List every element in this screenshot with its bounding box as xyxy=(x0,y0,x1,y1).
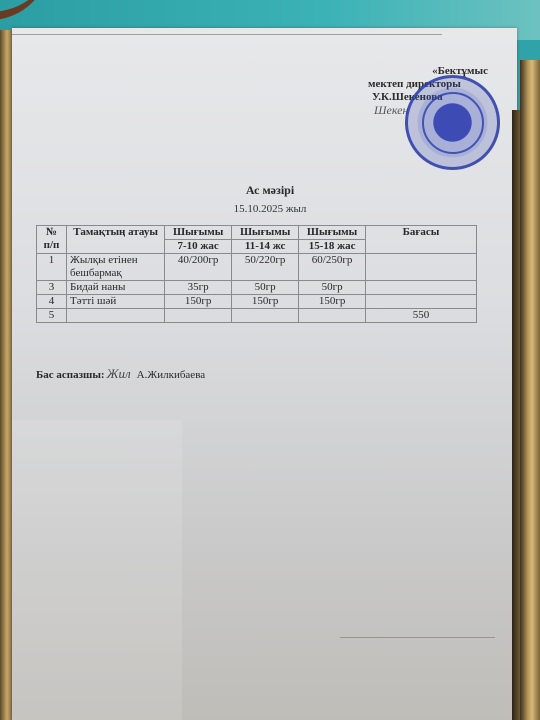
row-qty-2: 50гр xyxy=(232,281,299,295)
header-num: № п/п xyxy=(37,226,67,254)
chef-name: А.Жилкибаева xyxy=(137,369,205,381)
header-name: Тамақтың атауы xyxy=(67,226,165,254)
table-row: 5 550 xyxy=(37,309,477,323)
frame-right-inner xyxy=(512,110,520,720)
row-price xyxy=(366,254,477,281)
chef-signature-line: Бас аспазшы:ЖилА.Жилкибаева xyxy=(36,366,205,382)
menu-table: № п/п Тамақтың атауы Шығымы Шығымы Шығым… xyxy=(36,225,477,323)
stamp-inner-ring xyxy=(422,92,484,154)
row-name: Бидай наны xyxy=(67,281,165,295)
table-header-row: № п/п Тамақтың атауы Шығымы Шығымы Шығым… xyxy=(37,226,477,240)
row-num: 5 xyxy=(37,309,67,323)
row-name: Жылқы етінен бешбармақ xyxy=(67,254,165,281)
sleeve-edge xyxy=(12,34,442,35)
document-date: 15.10.2025 жыл xyxy=(0,203,540,215)
chef-signature: Жил xyxy=(107,366,131,381)
table-row: 4 Тәтті шәй 150гр 150гр 150гр xyxy=(37,295,477,309)
header-age-2: 11-14 жс xyxy=(232,240,299,254)
header-qty-3: Шығымы xyxy=(299,226,366,240)
row-qty-3: 50гр xyxy=(299,281,366,295)
row-price xyxy=(366,295,477,309)
faint-mark xyxy=(340,637,495,638)
row-name: Тәтті шәй xyxy=(67,295,165,309)
row-price xyxy=(366,281,477,295)
row-num: 1 xyxy=(37,254,67,281)
row-qty-1: 150гр xyxy=(165,295,232,309)
document-title: Ас мәзірі xyxy=(0,183,540,198)
header-age-3: 15-18 жас xyxy=(299,240,366,254)
row-qty-1 xyxy=(165,309,232,323)
light-glare xyxy=(12,420,182,720)
row-price: 550 xyxy=(366,309,477,323)
row-qty-1: 40/200гр xyxy=(165,254,232,281)
chef-label: Бас аспазшы: xyxy=(36,369,105,381)
header-age-1: 7-10 жас xyxy=(165,240,232,254)
row-num: 4 xyxy=(37,295,67,309)
row-name xyxy=(67,309,165,323)
approval-school: «Бектұмыс xyxy=(362,65,492,78)
header-qty-1: Шығымы xyxy=(165,226,232,240)
row-qty-2: 50/220гр xyxy=(232,254,299,281)
header-qty-2: Шығымы xyxy=(232,226,299,240)
row-qty-3 xyxy=(299,309,366,323)
row-num: 3 xyxy=(37,281,67,295)
row-qty-2: 150гр xyxy=(232,295,299,309)
official-stamp-icon xyxy=(405,75,500,170)
header-price: Бағасы xyxy=(366,226,477,254)
table-row: 1 Жылқы етінен бешбармақ 40/200гр 50/220… xyxy=(37,254,477,281)
table-row: 3 Бидай наны 35гр 50гр 50гр xyxy=(37,281,477,295)
row-qty-1: 35гр xyxy=(165,281,232,295)
frame-right-edge xyxy=(520,60,540,720)
row-qty-3: 60/250гр xyxy=(299,254,366,281)
row-qty-2 xyxy=(232,309,299,323)
row-qty-3: 150гр xyxy=(299,295,366,309)
